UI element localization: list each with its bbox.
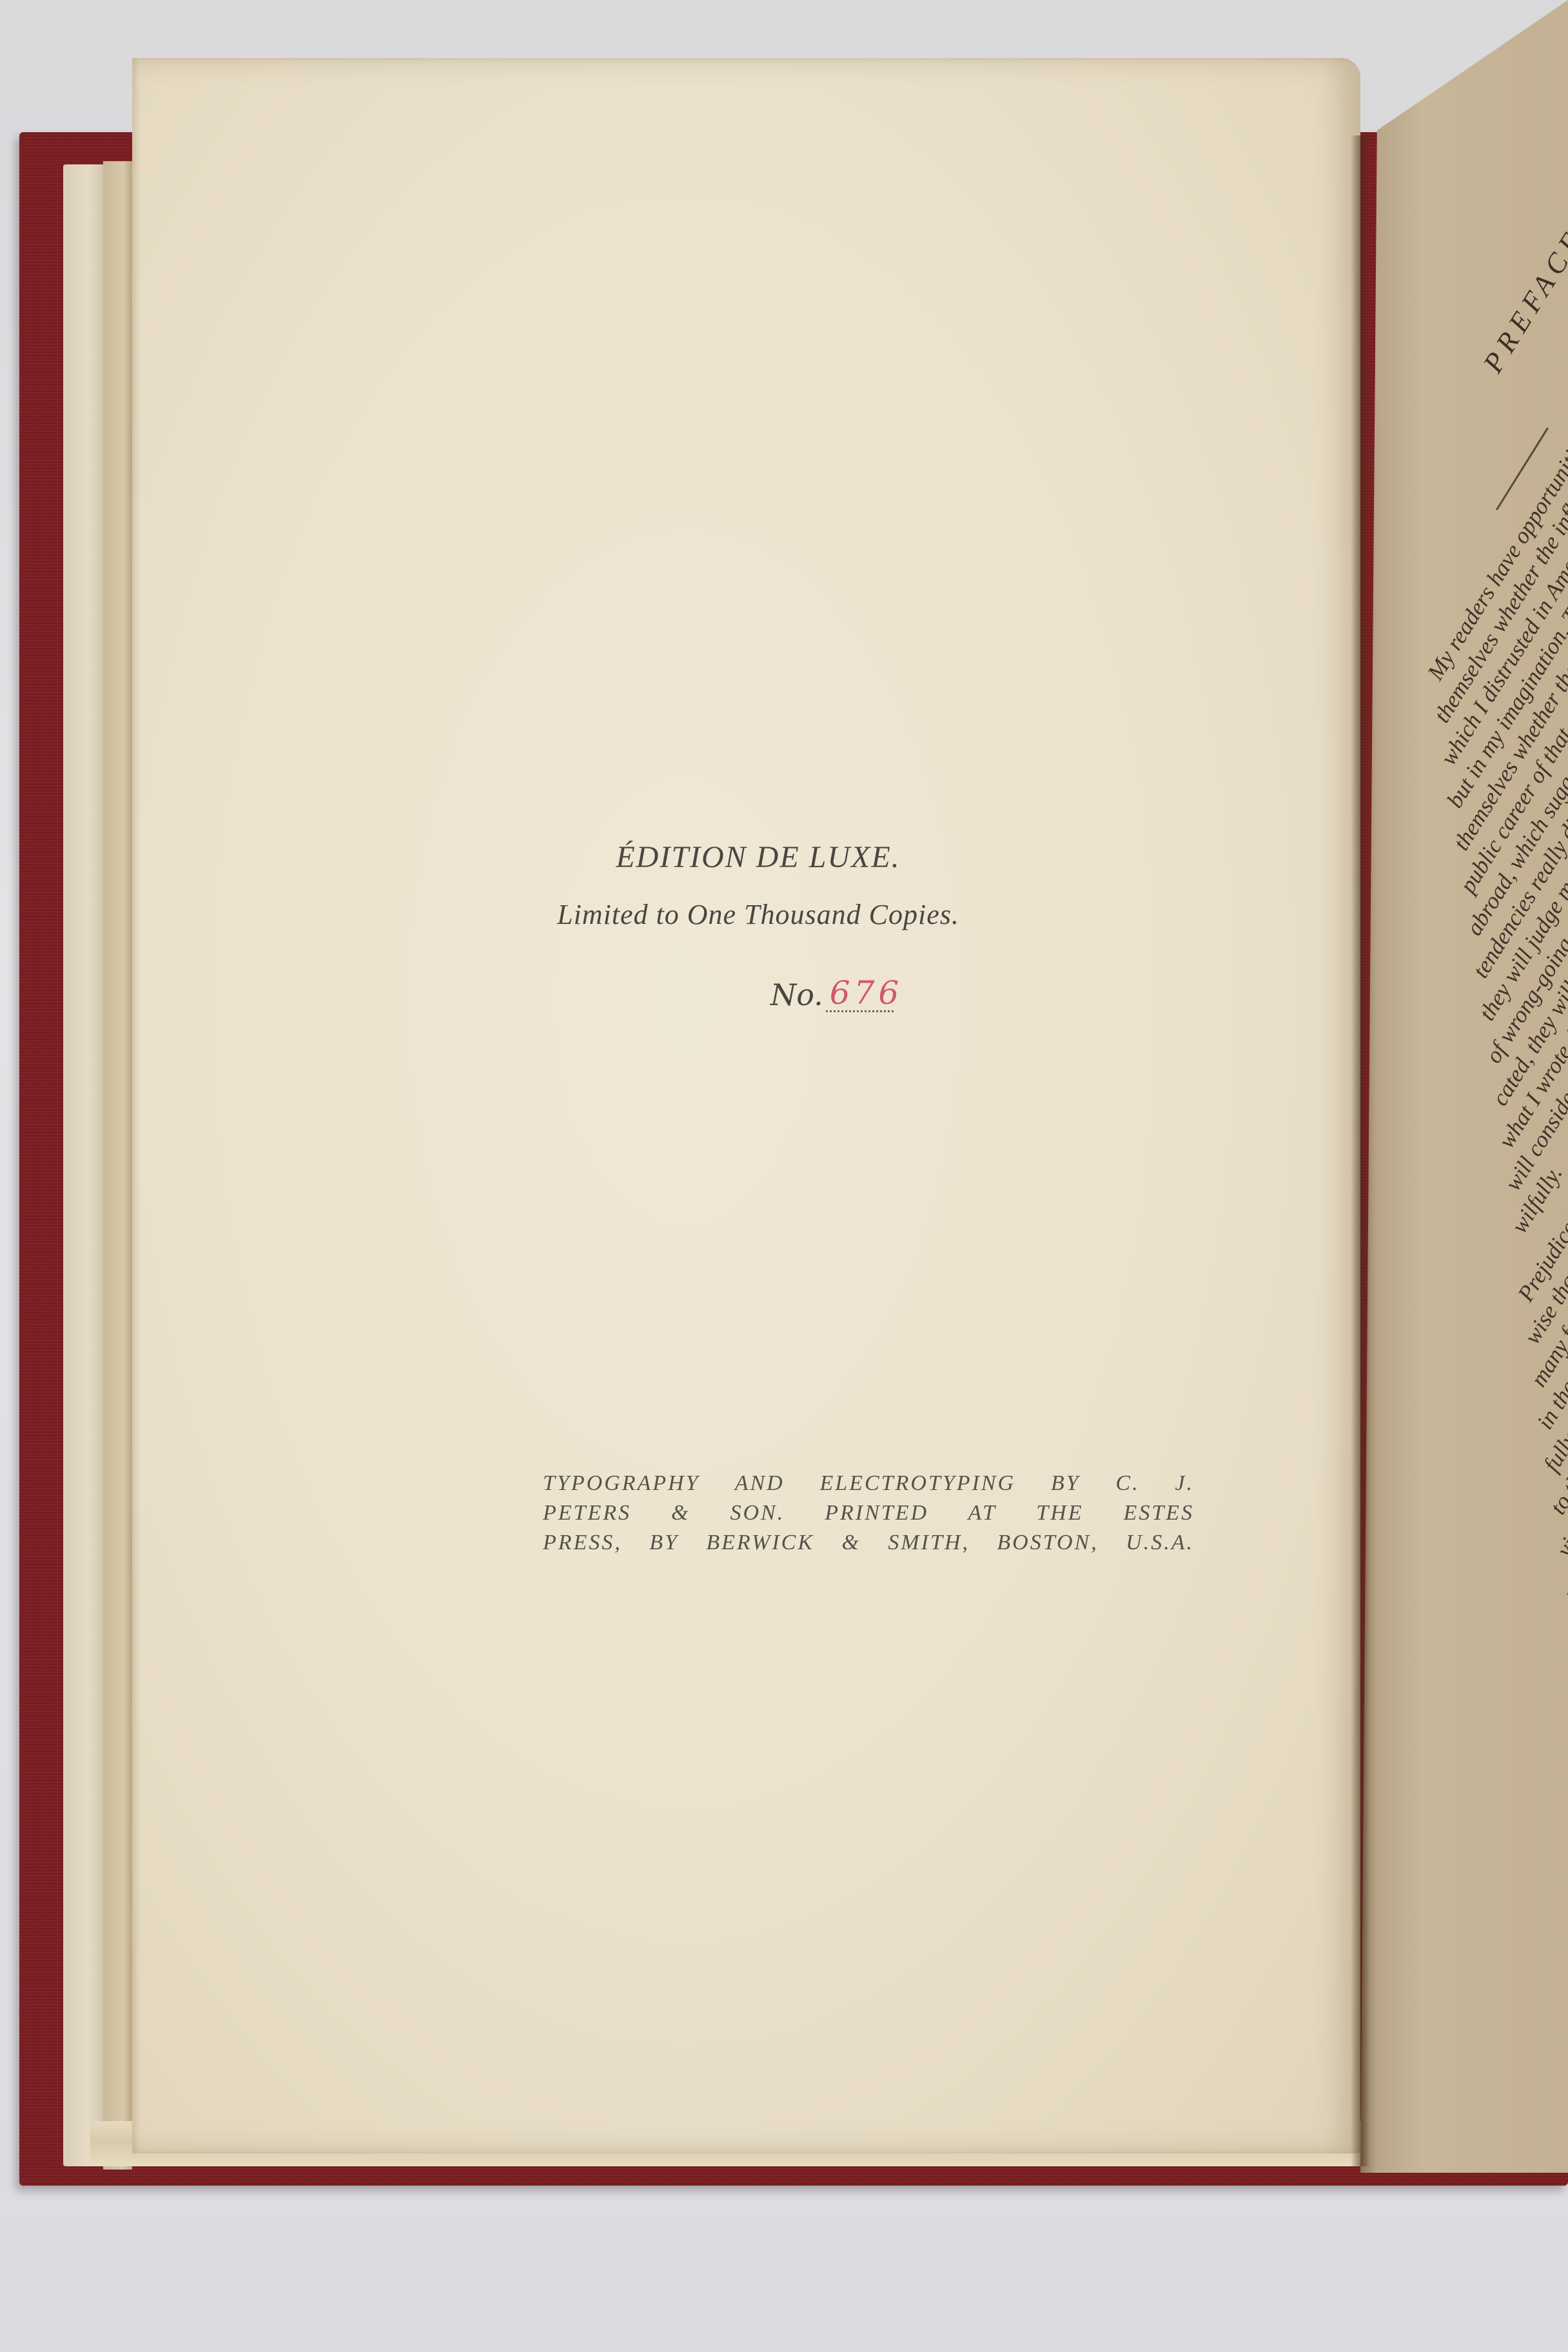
imprint-line: PRESS, BY BERWICK & SMITH, BOSTON, U.S.A… — [543, 1528, 1194, 1558]
limitation-statement: Limited to One Thousand Copies. — [0, 898, 1568, 931]
copy-number-label: No. — [770, 977, 823, 1012]
copy-number: No. 676 — [770, 967, 894, 1012]
imprint-line: PETERS & SON. PRINTED AT THE ESTES — [543, 1498, 1194, 1528]
edition-heading: ÉDITION DE LUXE. — [0, 839, 1568, 875]
copy-number-handwritten: 676 — [830, 974, 903, 1012]
book-gutter — [1351, 135, 1370, 2166]
imprint-line: TYPOGRAPHY AND ELECTROTYPING BY C. J. — [543, 1469, 1194, 1498]
flyleaf — [63, 164, 105, 2166]
flyleaf-inner — [103, 161, 132, 2170]
copy-number-dotted-line: 676 — [826, 979, 894, 1012]
printer-imprint: TYPOGRAPHY AND ELECTROTYPING BY C. J. PE… — [543, 1469, 1194, 1558]
limitation-page — [132, 58, 1360, 2153]
